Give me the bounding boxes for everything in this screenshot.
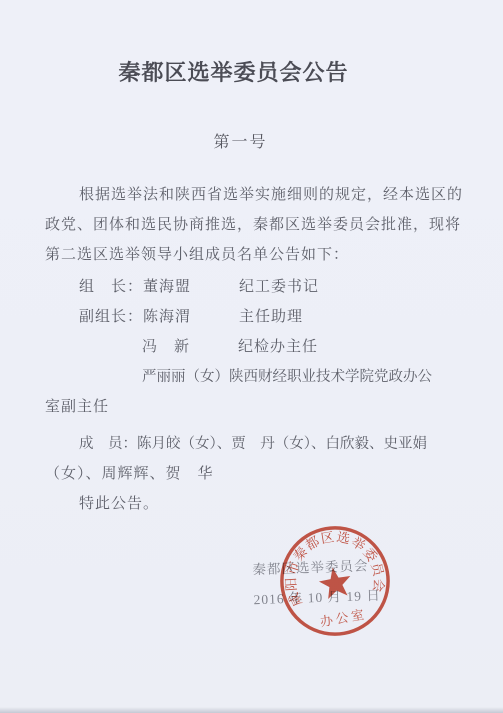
roster-line-deputy-3: 严丽丽（女）陕西财经职业技术学院党政办公: [45, 362, 447, 392]
announcement-page: 秦都区选举委员会公告 第一号 根据选举法和陕西省选举实施细则的规定，经本选区的 …: [0, 0, 503, 713]
roster-line-members-2: （女）、周辉辉、贺 华: [45, 459, 447, 489]
roster-line-leader: 组 长：董海盟 纪工委书记: [45, 272, 447, 302]
roster-line-members-1: 成 员：陈月皎（女）、贾 丹（女）、白欣毅、史亚娟: [45, 429, 447, 459]
roster-line-deputy-3b: 室副主任: [45, 392, 447, 422]
page-title: 秦都区选举委员会公告: [0, 56, 467, 87]
document-number: 第一号: [0, 129, 481, 152]
body-line-intro-2: 政党、团体和选民协商推选，秦都区选举委员会批准，现将: [45, 210, 447, 240]
roster-line-deputy-1: 副组长：陈海渭 主任助理: [45, 302, 447, 332]
official-seal: 咸阳市秦都区选举委员会 办公室: [267, 513, 404, 650]
roster-line-deputy-2: 冯 新 纪检办主任: [45, 332, 447, 362]
body-line-closing: 特此公告。: [45, 489, 447, 519]
page-edge-shadow: [0, 707, 503, 713]
star-icon: [317, 565, 354, 600]
body-line-intro-3: 第二选区选举领导小组成员名单公告如下：: [45, 240, 447, 270]
announcement-body: 根据选举法和陕西省选举实施细则的规定，经本选区的 政党、团体和选民协商推选，秦都…: [45, 180, 447, 519]
seal-ring-text: 咸阳市秦都区选举委员会: [275, 521, 390, 611]
body-line-intro-1: 根据选举法和陕西省选举实施细则的规定，经本选区的: [45, 180, 447, 210]
